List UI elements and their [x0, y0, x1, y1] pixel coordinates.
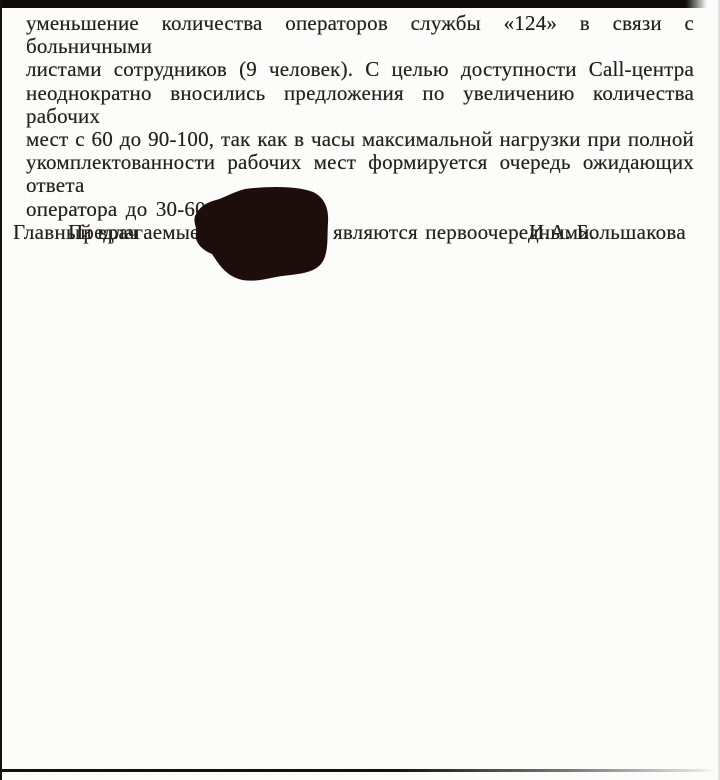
paragraph-line: мест с 60 до 90-100, так как в часы макс… [26, 128, 694, 151]
scanned-document-page: уменьшение количества операторов службы … [0, 0, 720, 780]
paragraph-line: уменьшение количества операторов службы … [26, 12, 694, 58]
paragraph-line: листами сотрудников (9 человек). С целью… [26, 58, 694, 81]
signature-row: Главный врач И.А. Большакова [13, 220, 686, 245]
paragraph-line: оператора до 30-60 человек. [26, 198, 694, 221]
paragraph-line: неоднократно вносились предложения по ув… [26, 82, 694, 128]
scan-edge-bottom [0, 769, 717, 772]
signer-name: И.А. Большакова [529, 220, 686, 245]
redacted-signature-blob [188, 186, 330, 283]
signer-title: Главный врач [13, 220, 138, 245]
scan-edge-left [0, 0, 2, 780]
body-text: уменьшение количества операторов службы … [26, 12, 694, 244]
paragraph-line: укомплектованности рабочих мест формируе… [26, 151, 694, 197]
scan-edge-top [0, 0, 707, 8]
